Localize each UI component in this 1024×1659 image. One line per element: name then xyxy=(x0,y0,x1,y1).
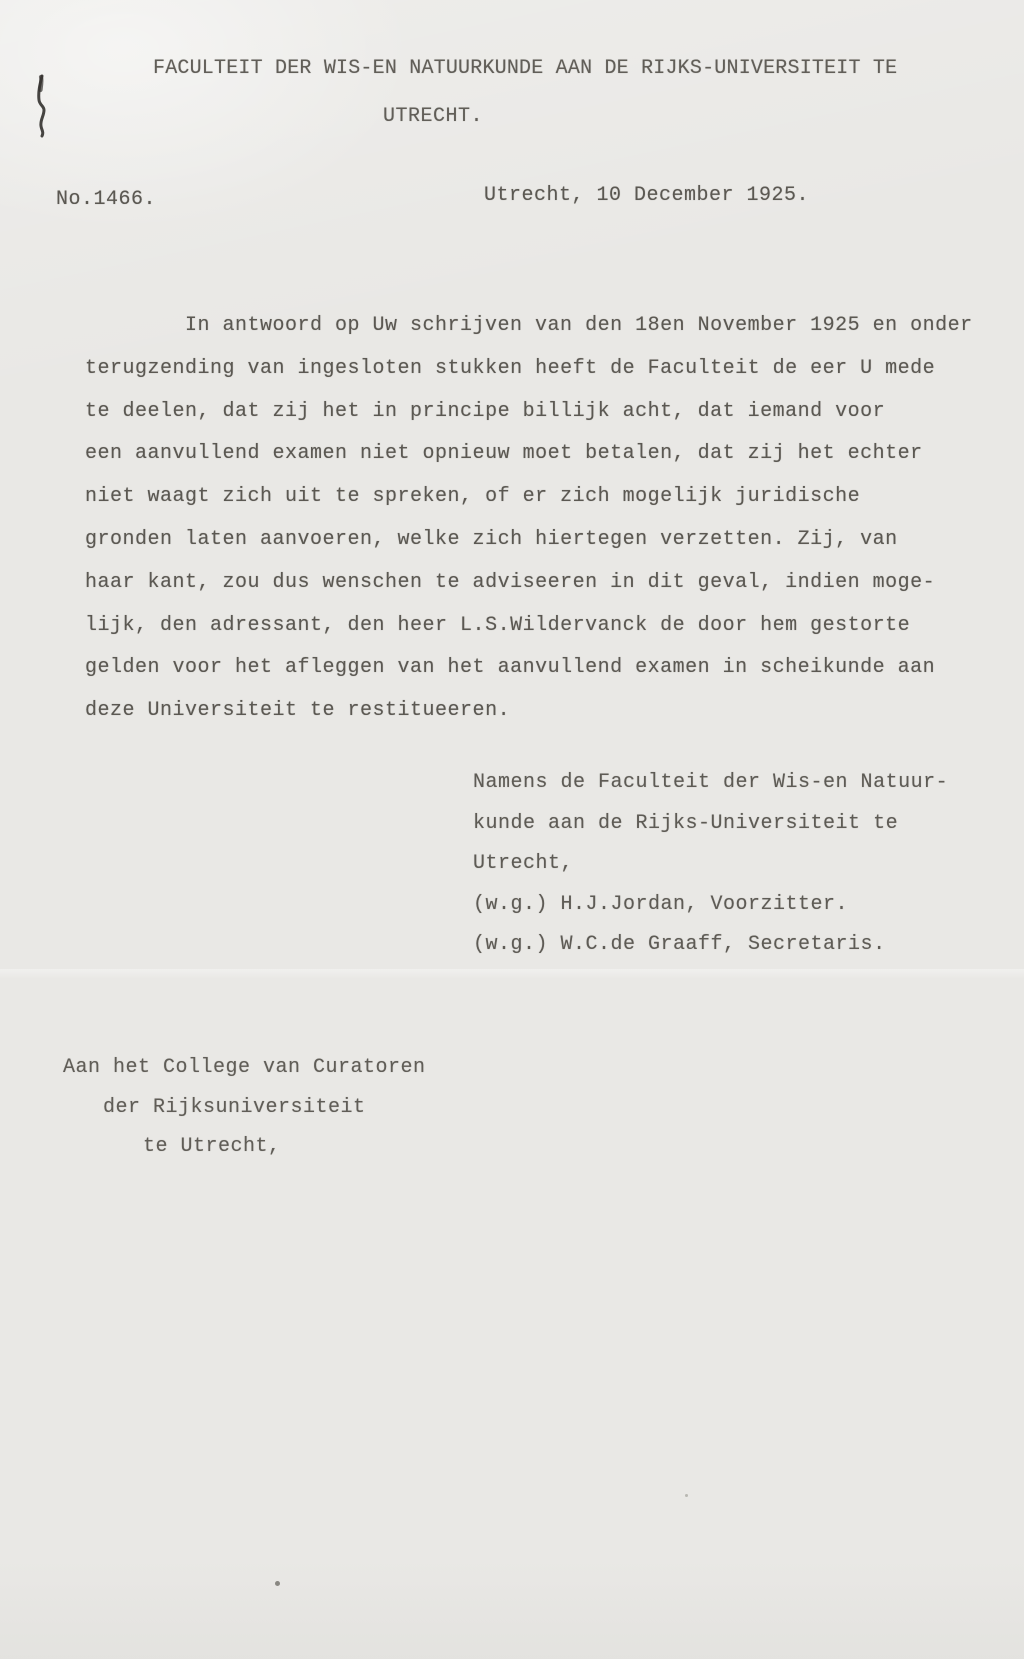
body-line: gelden voor het afleggen van het aanvull… xyxy=(85,647,955,690)
paper-speck xyxy=(685,1494,688,1497)
recipient-line: Aan het College van Curatoren xyxy=(63,1048,426,1088)
body-line: een aanvullend examen niet opnieuw moet … xyxy=(85,433,955,476)
handwritten-pen-mark-icon xyxy=(26,68,66,158)
signature-line-secretary: (w.g.) W.C.de Graaff, Secretaris. xyxy=(473,925,948,966)
body-line: gronden laten aanvoeren, welke zich hier… xyxy=(85,519,955,562)
recipient-line: der Rijksuniversiteit xyxy=(63,1088,426,1128)
dateline: Utrecht, 10 December 1925. xyxy=(484,184,809,207)
signature-line-chairman: (w.g.) H.J.Jordan, Voorzitter. xyxy=(473,885,948,926)
scan-light-band xyxy=(0,969,1024,979)
body-line: lijk, den adressant, den heer L.S.Wilder… xyxy=(85,605,955,648)
paper-speck xyxy=(275,1581,280,1586)
body-line: In antwoord op Uw schrijven van den 18en… xyxy=(85,305,955,348)
recipient-line: te Utrecht, xyxy=(63,1127,426,1167)
body-line: niet waagt zich uit te spreken, of er zi… xyxy=(85,476,955,519)
signature-block: Namens de Faculteit der Wis-en Natuur- k… xyxy=(473,763,948,966)
signature-line: Utrecht, xyxy=(473,844,948,885)
body-line: terugzending van ingesloten stukken heef… xyxy=(85,348,955,391)
reference-number: No.1466. xyxy=(56,188,156,211)
signature-line: kunde aan de Rijks-Universiteit te xyxy=(473,804,948,845)
recipient-address-block: Aan het College van Curatoren der Rijksu… xyxy=(63,1048,426,1167)
letterhead-line2: UTRECHT. xyxy=(383,105,483,128)
letterhead-line1: FACULTEIT DER WIS-EN NATUURKUNDE AAN DE … xyxy=(153,57,897,80)
scanned-letter-page: FACULTEIT DER WIS-EN NATUURKUNDE AAN DE … xyxy=(0,0,1024,1659)
letter-body: In antwoord op Uw schrijven van den 18en… xyxy=(85,305,955,733)
body-line: haar kant, zou dus wenschen te adviseere… xyxy=(85,562,955,605)
signature-line: Namens de Faculteit der Wis-en Natuur- xyxy=(473,763,948,804)
body-line: deze Universiteit te restitueeren. xyxy=(85,690,955,733)
body-line: te deelen, dat zij het in principe billi… xyxy=(85,391,955,434)
